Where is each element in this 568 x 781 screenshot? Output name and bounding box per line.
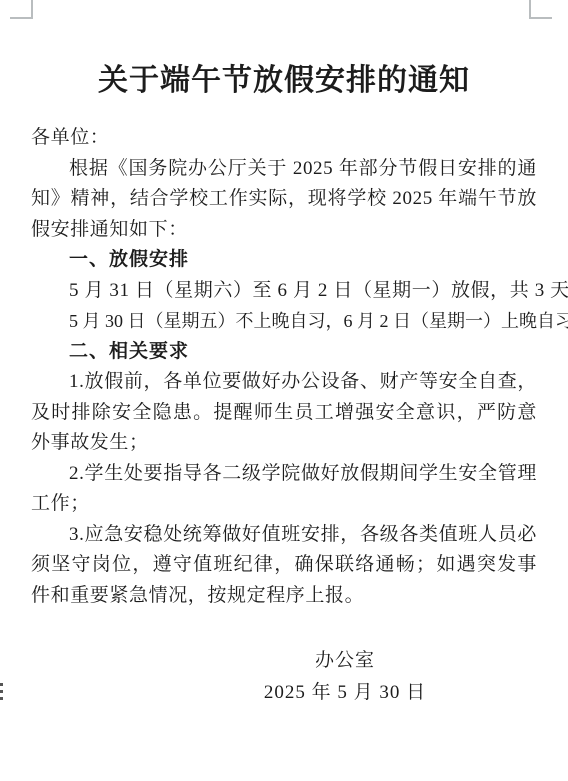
document-page: 关于端午节放假安排的通知 各单位： 根据《国务院办公厅关于 2025 年部分节假…	[0, 0, 568, 781]
document-content: 关于端午节放假安排的通知 各单位： 根据《国务院办公厅关于 2025 年部分节假…	[31, 59, 537, 709]
intro-paragraph: 根据《国务院办公厅关于 2025 年部分节假日安排的通知》精神，结合学校工作实际…	[31, 154, 537, 246]
notice-title: 关于端午节放假安排的通知	[31, 59, 537, 103]
requirement-3-paragraph: 3.应急安稳处统筹做好值班安排，各级各类值班人员必须坚守岗位，遵守值班纪律，确保…	[31, 520, 537, 612]
signature-date: 2025 年 5 月 30 日	[215, 677, 475, 709]
crop-mark-top-left-horizontal	[10, 17, 33, 19]
signature-block: 办公室 2025 年 5 月 30 日	[215, 645, 475, 709]
requirement-2-paragraph: 2.学生处要指导各二级学院做好放假期间学生安全管理工作；	[31, 459, 537, 520]
crop-mark-top-left-vertical	[31, 0, 33, 18]
section-2-heading: 二、相关要求	[31, 337, 537, 368]
edge-artifact-mark	[0, 697, 3, 700]
crop-mark-top-right-vertical	[529, 0, 531, 18]
holiday-dates-paragraph: 5 月 31 日（星期六）至 6 月 2 日（星期一）放假，共 3 天。	[31, 276, 537, 307]
section-1-heading: 一、放假安排	[31, 245, 537, 276]
crop-mark-top-right-horizontal	[529, 17, 552, 19]
signature-office: 办公室	[215, 645, 475, 677]
edge-artifact-marks	[0, 683, 4, 704]
edge-artifact-mark	[0, 690, 3, 693]
edge-artifact-mark	[0, 683, 3, 686]
requirement-1-paragraph: 1.放假前，各单位要做好办公设备、财产等安全自查，及时排除安全隐患。提醒师生员工…	[31, 367, 537, 459]
evening-study-paragraph: 5 月 30 日（星期五）不上晚自习，6 月 2 日（星期一）上晚自习。	[31, 306, 537, 337]
salutation: 各单位：	[31, 123, 537, 154]
